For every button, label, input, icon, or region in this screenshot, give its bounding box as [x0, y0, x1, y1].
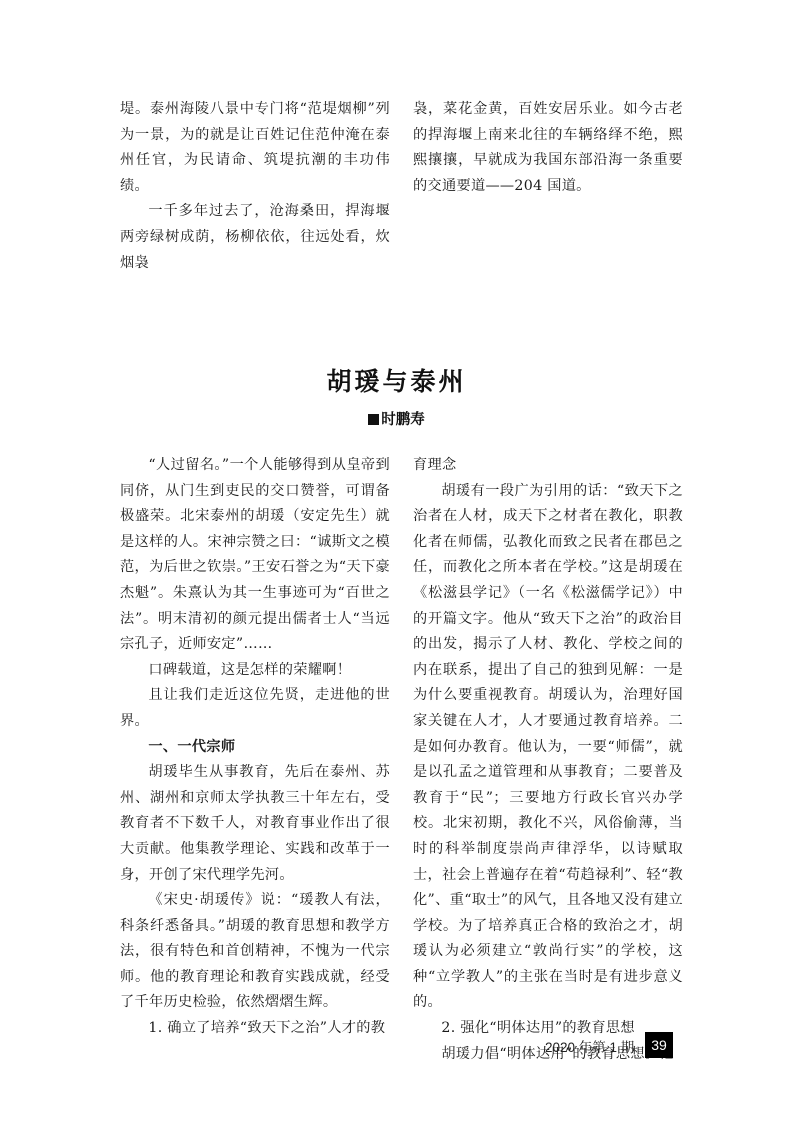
issue-label: 2020 年第 1 期 — [545, 1036, 634, 1056]
paragraph: 育理念 — [413, 453, 683, 479]
top-right-column: 袅，菜花金黄，百姓安居乐业。如今古老的捍海堰上南来北往的车辆络绎不绝，熙熙攘攘，… — [413, 97, 683, 199]
paragraph: 袅，菜花金黄，百姓安居乐业。如今古老的捍海堰上南来北往的车辆络绎不绝，熙熙攘攘，… — [413, 97, 683, 199]
article-title: 胡瑗与泰州 — [0, 362, 793, 398]
article-right-column: 育理念 胡瑗有一段广为引用的话：“致天下之治者在人材，成天下之材者在教化，职教化… — [413, 453, 683, 1067]
paragraph: “人过留名。”一个人能够得到从皇帝到同侪，从门生到吏民的交口赞誉，可谓备极盛荣。… — [120, 453, 390, 658]
paragraph: 且让我们走近这位先贤，走进他的世界。 — [120, 683, 390, 734]
paragraph: 《宋史·胡瑗传》说：“瑗教人有法，科条纤悉备具。”胡瑗的教育思想和教学方法，很有… — [120, 888, 390, 1016]
subsection-heading: 1. 确立了培养“致天下之治”人才的教 — [120, 1016, 390, 1042]
paragraph: 口碑载道，这是怎样的荣耀啊！ — [120, 658, 390, 684]
square-bullet-icon — [368, 414, 379, 425]
author-name: 时鹏寿 — [381, 412, 425, 428]
article-author: 时鹏寿 — [0, 408, 793, 429]
paragraph: 胡瑗毕生从事教育，先后在泰州、苏州、湖州和京师太学执教三十年左右，受教育者不下数… — [120, 760, 390, 888]
paragraph: 胡瑗有一段广为引用的话：“致天下之治者在人材，成天下之材者在教化，职教化者在师儒… — [413, 479, 683, 1016]
paragraph: 一千多年过去了，沧海桑田，捍海堰两旁绿树成荫，杨柳依依，往远处看，炊烟袅 — [120, 199, 390, 276]
article-left-column: “人过留名。”一个人能够得到从皇帝到同侪，从门生到吏民的交口赞誉，可谓备极盛荣。… — [120, 453, 390, 1042]
top-left-column: 堤。泰州海陵八景中专门将“范堤烟柳”列为一景，为的就是让百姓记住范仲淹在泰州任官… — [120, 97, 390, 276]
section-heading: 一、一代宗师 — [120, 735, 390, 761]
page-number: 39 — [645, 1032, 673, 1058]
paragraph: 堤。泰州海陵八景中专门将“范堤烟柳”列为一景，为的就是让百姓记住范仲淹在泰州任官… — [120, 97, 390, 199]
